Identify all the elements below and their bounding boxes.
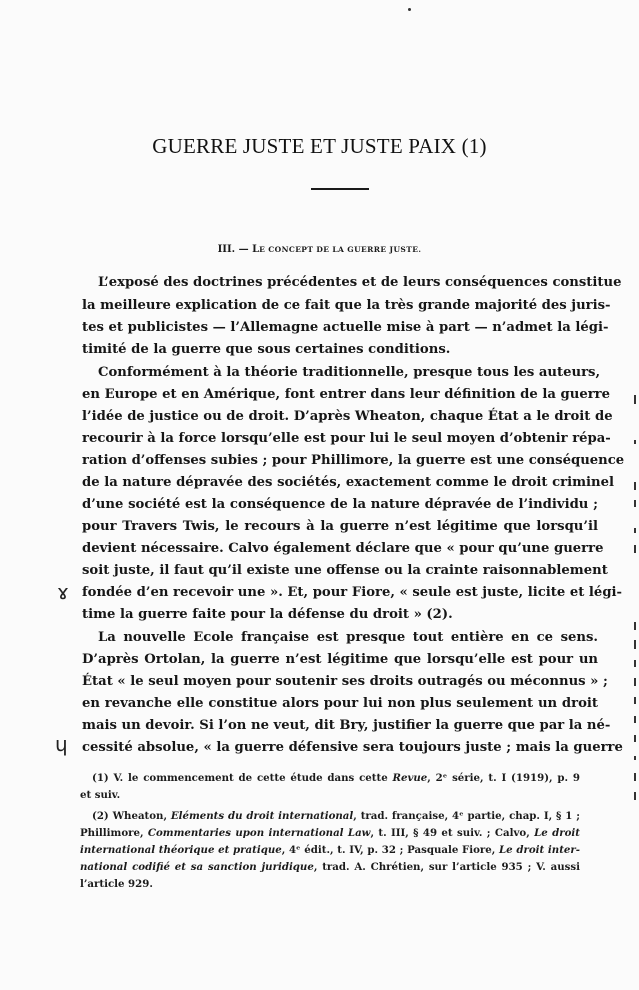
body-line: La nouvelle Ecole française est presque … — [98, 631, 598, 644]
body-line: la meilleure explication de ce fait que … — [82, 299, 598, 312]
body-line: Conformément à la théorie traditionnelle… — [98, 366, 598, 379]
body-line: L’exposé des doctrines précédentes et de… — [98, 276, 598, 289]
article-title: GUERRE JUSTE ET JUSTE PAIX (1) — [0, 134, 639, 159]
section-number: III. — L — [218, 244, 260, 255]
edge-artifact — [634, 773, 636, 781]
scanned-page: GUERRE JUSTE ET JUSTE PAIX (1) III. — LE… — [0, 0, 639, 990]
footnote-text: (2) Wheaton, — [92, 810, 171, 822]
body-line: ration d’offenses subies ; pour Phillimo… — [82, 454, 598, 467]
body-line: time la guerre faite pour la défense du … — [82, 608, 598, 621]
footnote-italic: Le droit — [534, 827, 580, 839]
body-line: recourir à la force lorsqu’elle est pour… — [82, 432, 598, 445]
body-line: l’idée de justice ou de droit. D’après W… — [82, 410, 598, 423]
body-line: d’une société est la conséquence de la n… — [82, 498, 598, 511]
edge-artifact — [634, 622, 636, 630]
footnote-2-cont: national codifié et sa sanction juridiqu… — [80, 862, 580, 872]
footnote-text: , trad. A. Chrétien, sur l’article 935 ;… — [314, 861, 580, 873]
body-line: en Europe et en Amérique, font entrer da… — [82, 388, 598, 401]
edge-artifact — [634, 792, 636, 800]
body-line: mais un devoir. Si l’on ne veut, dit Bry… — [82, 719, 598, 732]
body-line: État « le seul moyen pour soutenir ses d… — [82, 675, 598, 688]
body-line: cessité absolue, « la guerre défensive s… — [82, 741, 598, 754]
edge-artifact — [634, 528, 636, 533]
footnote-2-cont: l’article 929. — [80, 879, 580, 889]
margin-annotation-icon: ɥ — [55, 734, 68, 754]
edge-artifact — [634, 660, 636, 667]
footnote-1-cont: et suiv. — [80, 790, 580, 800]
body-line: tes et publicistes — l’Allemagne actuell… — [82, 321, 598, 334]
body-line: pour Travers Twis, le recours à la guerr… — [82, 520, 598, 533]
edge-artifact — [634, 500, 636, 507]
footnote-italic: Revue — [393, 772, 428, 784]
edge-artifact — [634, 395, 636, 404]
edge-artifact — [634, 697, 636, 704]
footnote-2-cont: Phillimore, Commentaries upon internatio… — [80, 828, 580, 838]
footnote-italic: Eléments du droit international — [171, 810, 353, 822]
footnote-1: (1) V. le commencement de cette étude da… — [92, 773, 580, 783]
footnote-italic: Commentaries upon international Law — [148, 827, 371, 839]
footnote-text: , trad. française, 4ᵉ partie, chap. I, §… — [353, 810, 580, 822]
footnote-text: , 2ᵉ série, t. I (1919), p. 9 — [427, 772, 580, 784]
section-title: E CONCEPT DE LA GUERRE JUSTE. — [259, 245, 421, 254]
edge-artifact — [634, 482, 636, 490]
footnote-2: (2) Wheaton, Eléments du droit internati… — [92, 811, 580, 821]
edge-artifact — [634, 640, 636, 649]
body-line: devient nécessaire. Calvo également décl… — [82, 542, 598, 555]
body-line: de la nature dépravée des sociétés, exac… — [82, 476, 598, 489]
body-line: fondée d’en recevoir une ». Et, pour Fio… — [82, 586, 598, 599]
footnote-text: , t. III, § 49 et suiv. ; Calvo, — [370, 827, 534, 839]
body-line: soit juste, il faut qu’il existe une off… — [82, 564, 598, 577]
footnote-italic: Le droit inter- — [499, 844, 580, 856]
section-heading: III. — LE CONCEPT DE LA GUERRE JUSTE. — [0, 244, 639, 255]
body-line: en revanche elle constitue alors pour lu… — [82, 697, 598, 710]
footnote-italic: international théorique et pratique — [80, 844, 282, 856]
footnote-text: , 4ᵉ édit., t. IV, p. 32 ; Pasquale Fior… — [282, 844, 499, 856]
edge-artifact — [634, 440, 636, 444]
edge-artifact — [634, 716, 636, 723]
footnote-text: (1) V. le commencement de cette étude da… — [92, 772, 393, 784]
edge-artifact — [634, 756, 636, 760]
footnote-2-cont: international théorique et pratique, 4ᵉ … — [80, 845, 580, 855]
edge-artifact — [634, 678, 636, 686]
ink-speck — [408, 8, 411, 11]
edge-artifact — [634, 545, 636, 553]
margin-annotation-icon: ɤ — [57, 582, 69, 602]
footnote-text: Phillimore, — [80, 827, 148, 839]
body-line: D’après Ortolan, la guerre n’est légitim… — [82, 653, 598, 666]
edge-artifact — [634, 735, 636, 742]
title-rule — [311, 188, 369, 190]
footnote-italic: national codifié et sa sanction juridiqu… — [80, 861, 314, 873]
body-line: timité de la guerre que sous certaines c… — [82, 343, 598, 356]
